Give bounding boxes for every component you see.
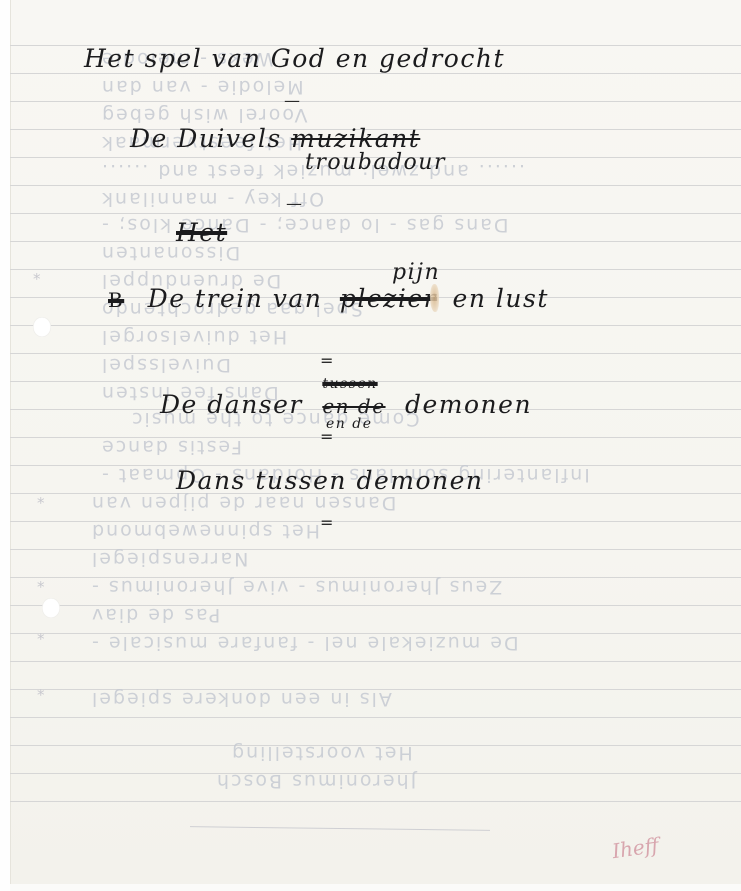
struck-word-het: Het xyxy=(176,218,227,247)
line-text-before: De danser xyxy=(160,390,303,419)
struck-word-top: tussen xyxy=(322,376,377,392)
separator-equals: = xyxy=(320,518,333,528)
show-through-line: Het duivelsorgel xyxy=(100,326,287,348)
line-text-before: De trein van xyxy=(148,284,323,313)
show-through-line: Narrenspiegel xyxy=(90,548,248,570)
separator-equals: = xyxy=(320,356,333,366)
struck-prefix: B xyxy=(108,288,124,312)
show-through-line: Het spinnewebmond xyxy=(90,520,320,542)
show-through-line: Duivelsspel xyxy=(100,354,231,376)
struck-word: muzikant xyxy=(291,124,420,153)
struck-word: plezier xyxy=(340,284,437,313)
paper-stain xyxy=(430,284,439,312)
show-through-line: Melodie - van dan xyxy=(100,76,304,98)
separator-equals: = xyxy=(320,432,333,442)
punch-hole-bottom xyxy=(42,598,60,618)
show-through-line: Voorel wish gebeg xyxy=(100,104,308,126)
ruled-line xyxy=(10,661,741,662)
ruled-line xyxy=(10,717,741,718)
manuscript-line-6: Dans tussen demonen xyxy=(176,466,484,495)
manuscript-line-5: De danser tussen en de demonen xyxy=(160,390,532,419)
line-text-after: en lust xyxy=(453,284,549,313)
margin-star-icon: * xyxy=(37,686,45,704)
manuscript-line-4: B De trein van plezier en lust xyxy=(108,284,549,313)
insertion-word-pijn: pijn xyxy=(392,260,440,285)
ruled-line xyxy=(10,73,741,74)
show-through-line: Jheronimus Bosch xyxy=(215,770,416,792)
show-through-line: De muziekale nel - fanfare musicale - xyxy=(90,632,519,654)
show-through-line: Festis dance xyxy=(100,436,242,458)
margin-star-icon: * xyxy=(33,270,41,288)
show-through-line: Dans gas - lo dance; - Dance klos; - xyxy=(100,214,509,236)
margin-star-icon: * xyxy=(37,494,45,512)
margin-star-icon: * xyxy=(37,630,45,648)
insertion-word: troubadour xyxy=(305,150,446,175)
show-through-line: Dansen naar de pijpen van xyxy=(90,492,396,514)
punch-hole-top xyxy=(33,317,51,337)
margin-star-icon: * xyxy=(37,578,45,596)
separator-dash: — xyxy=(286,199,302,209)
show-through-line: Als in een donkere spiegel xyxy=(90,688,392,710)
ruled-line xyxy=(10,185,741,186)
separator-dash: — xyxy=(284,96,300,106)
title-line: Het spel van God en gedrocht xyxy=(84,44,505,73)
ruled-line xyxy=(10,101,741,102)
scan-border xyxy=(0,0,10,891)
struck-word: en de xyxy=(322,394,385,418)
ruled-line xyxy=(10,801,741,802)
show-through-line: Zeus Jheronimus - vive Jheronimus - xyxy=(90,576,502,598)
line-text: De Duivels xyxy=(130,124,282,153)
show-through-line: Het voorstelling xyxy=(230,742,413,764)
manuscript-line-2: De Duivels muzikant xyxy=(130,124,420,153)
show-through-line: Pas de diav xyxy=(90,604,220,626)
line-text-after: demonen xyxy=(405,390,532,419)
